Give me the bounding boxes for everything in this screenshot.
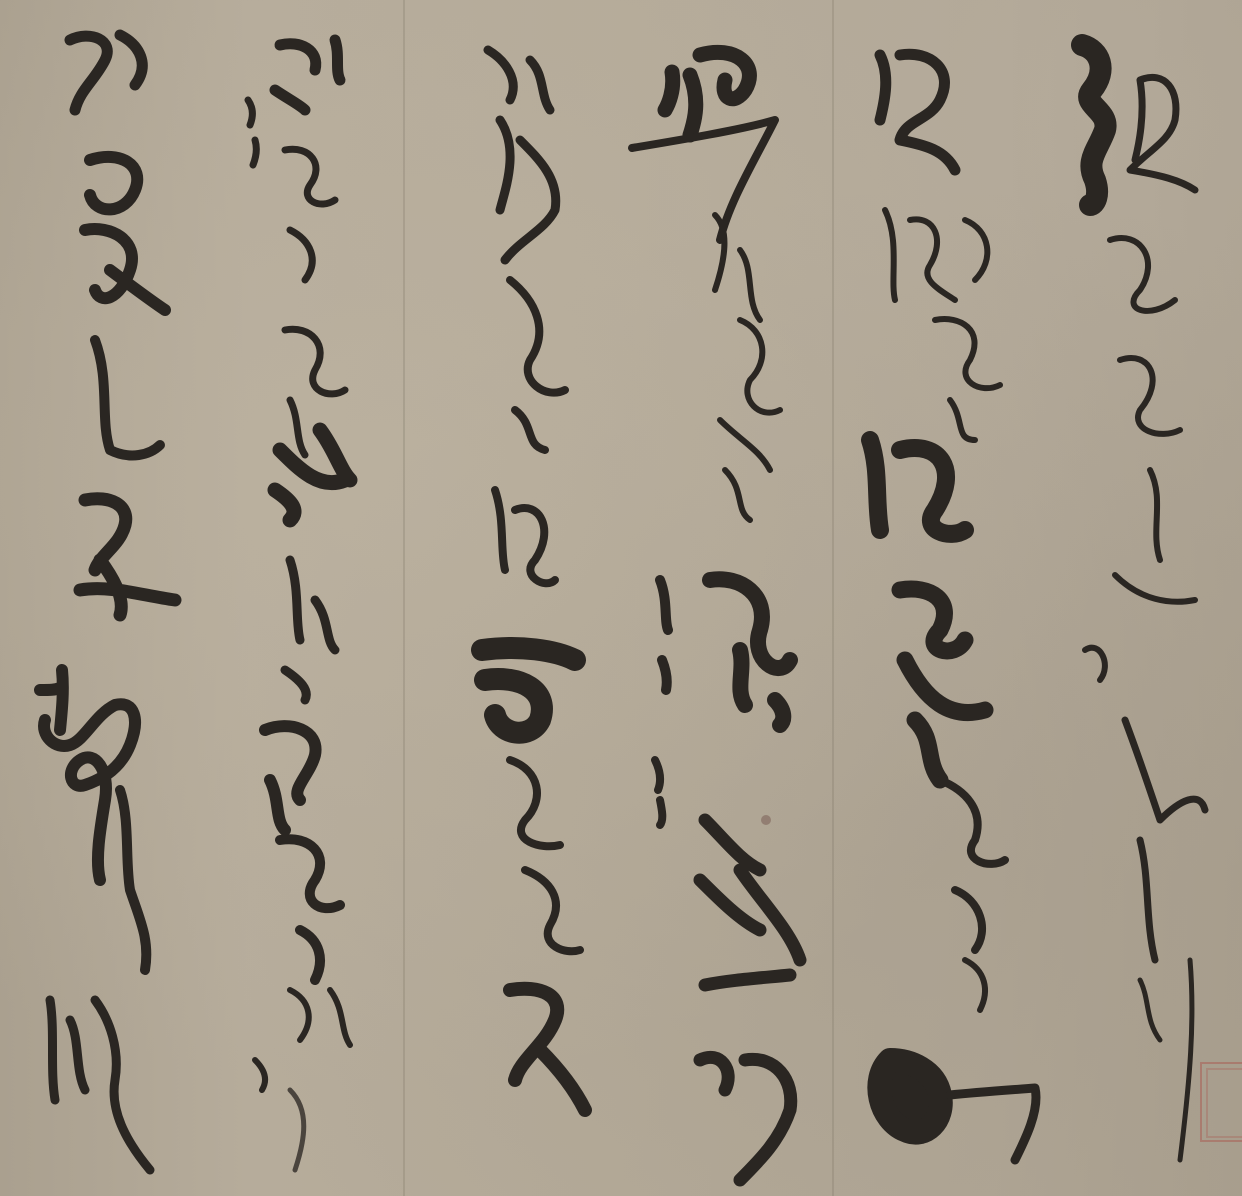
- column-2: [870, 54, 1036, 1160]
- column-5: [248, 40, 350, 1170]
- column-6: [40, 35, 175, 1170]
- seal-glyph: [1206, 1068, 1242, 1138]
- column-1: [1082, 45, 1205, 1160]
- column-3: [632, 52, 800, 1180]
- column-4: [482, 50, 585, 1110]
- calligraphy-strokes: [0, 0, 1242, 1196]
- artist-seal: [1200, 1062, 1242, 1142]
